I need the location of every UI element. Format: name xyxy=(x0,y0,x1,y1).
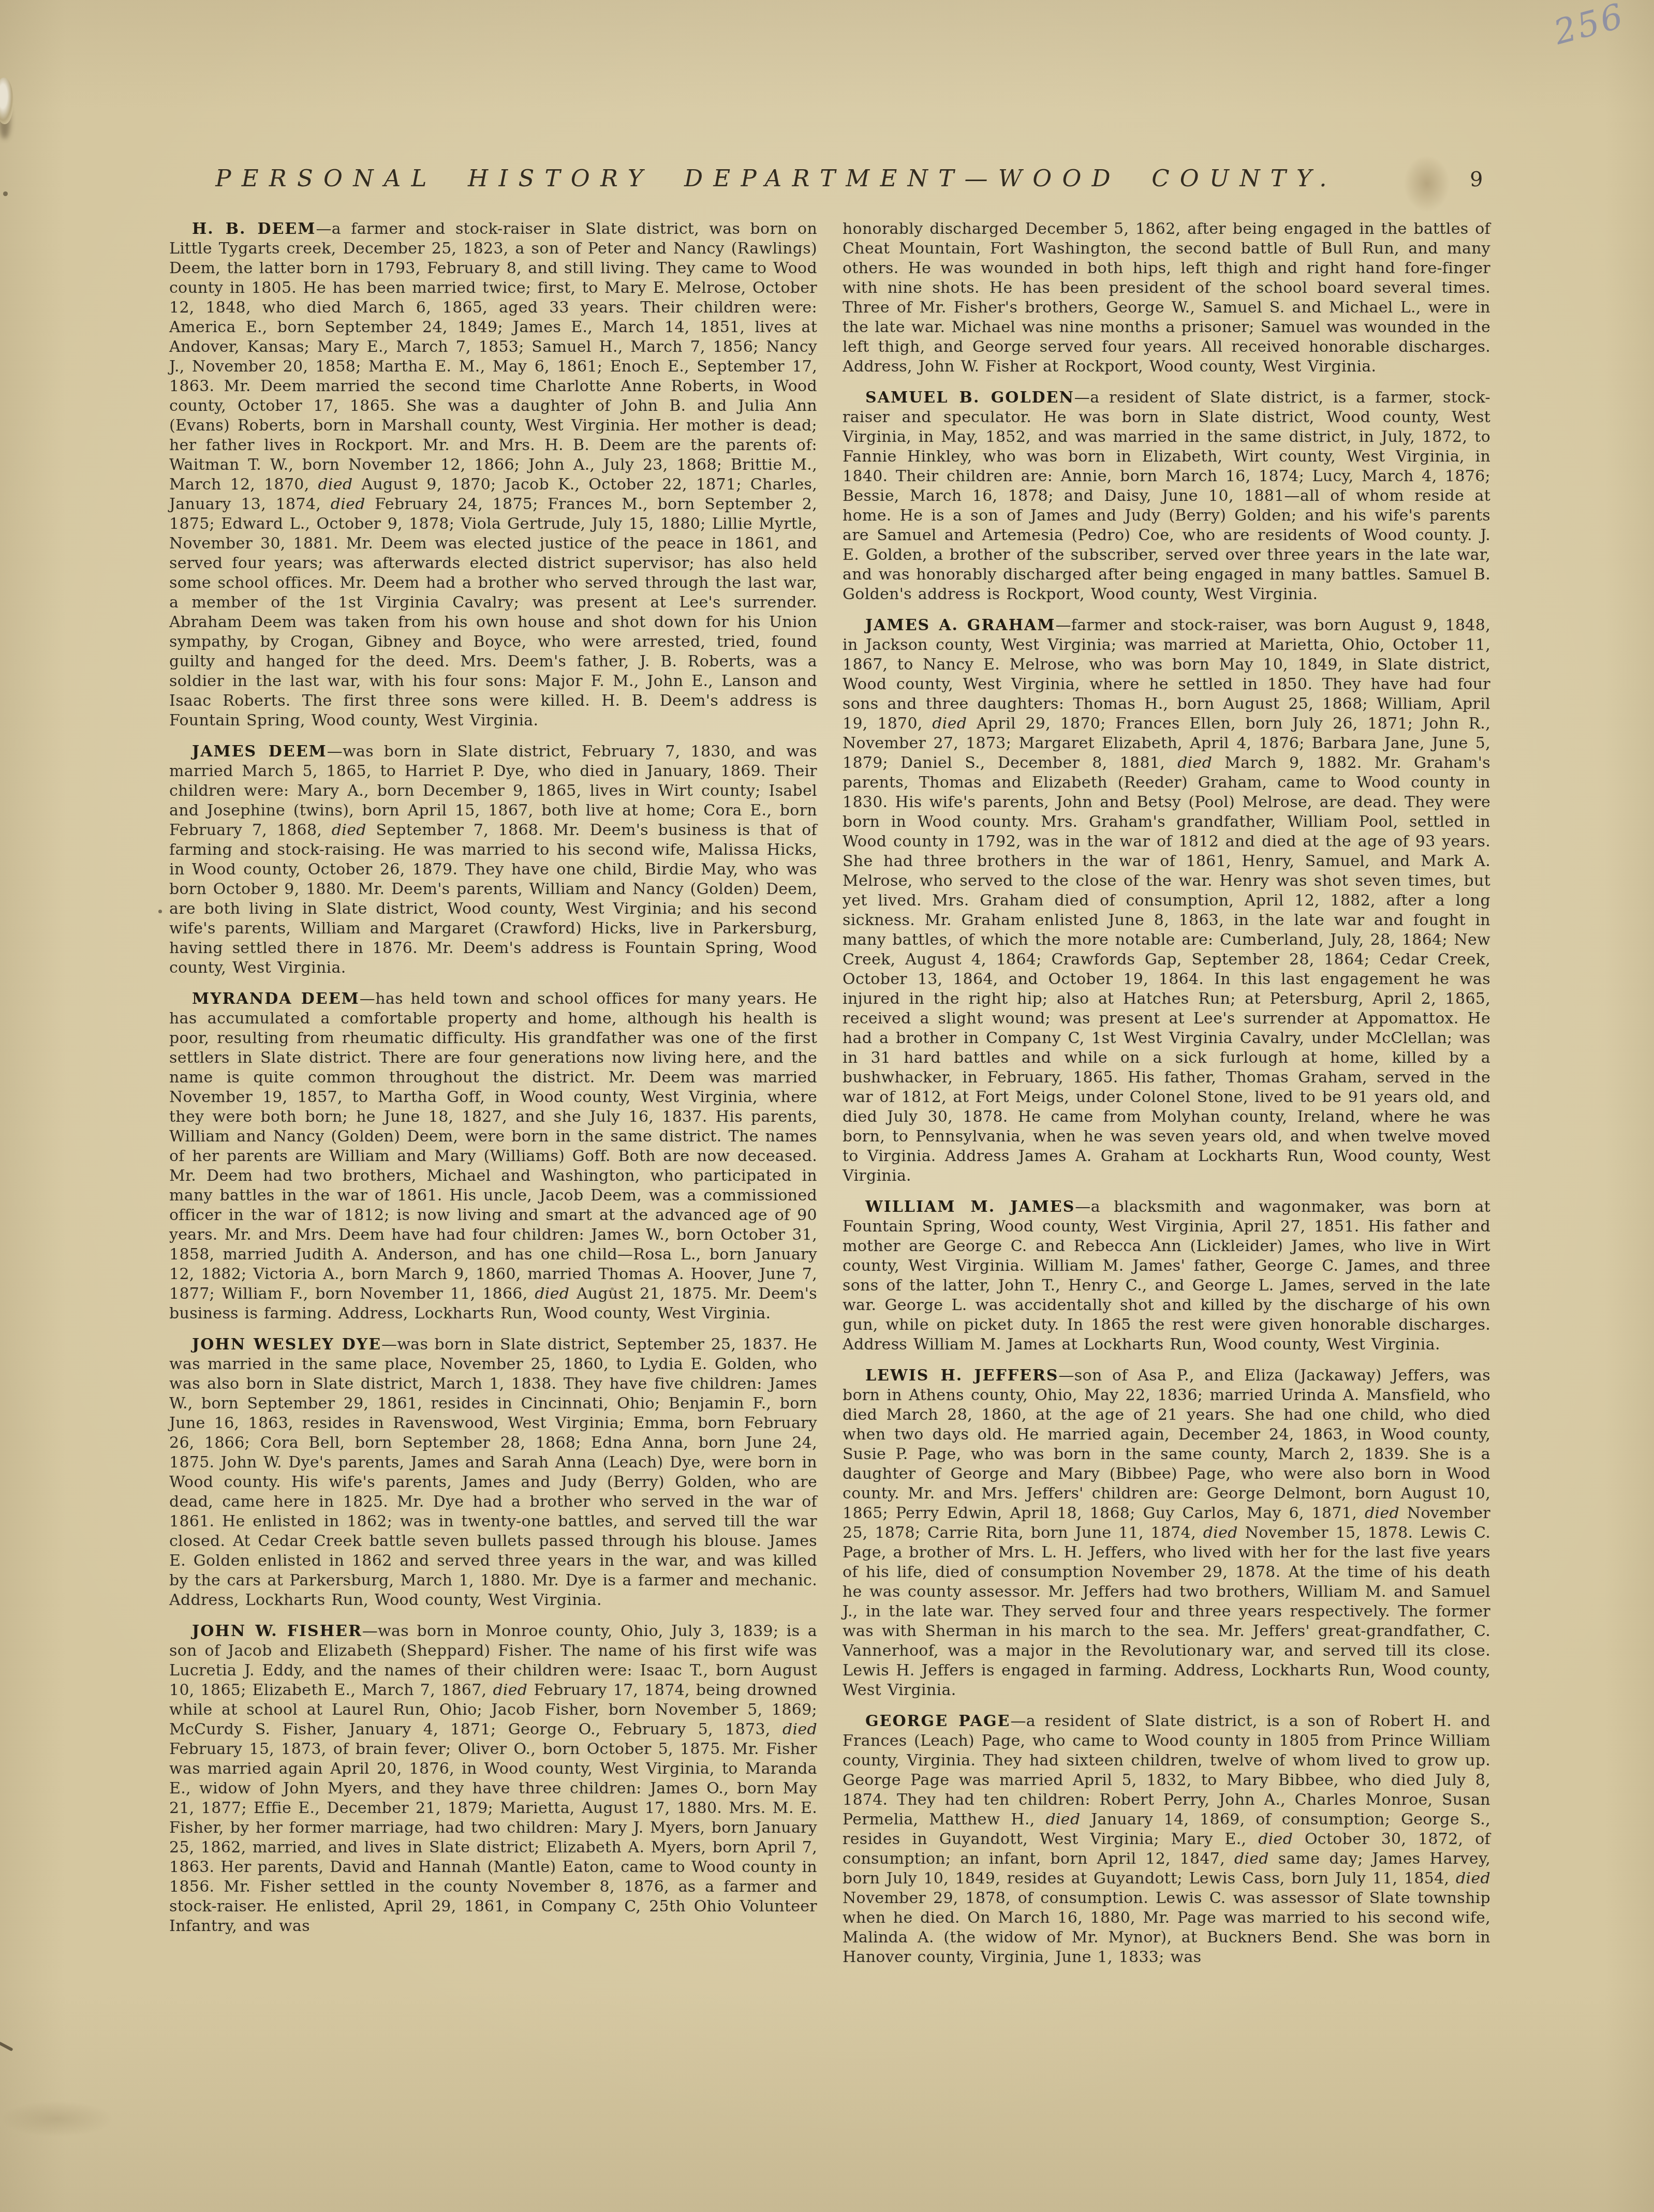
text-column-right: honorably discharged December 5, 1862, a… xyxy=(843,219,1490,1979)
biography-entry: MYRANDA DEEM—has held town and school of… xyxy=(169,989,817,1324)
biography-entry: LEWIS H. JEFFERS—son of Asa P., and Eliz… xyxy=(843,1366,1490,1700)
biography-entry: GEORGE PAGE—a resident of Slate district… xyxy=(843,1712,1490,1967)
entry-text: —a blacksmith and wagonmaker, was born a… xyxy=(843,1198,1490,1354)
entry-text: —has held town and school offices for ma… xyxy=(169,990,817,1323)
entry-text: —a resident of Slate district, is a son … xyxy=(843,1712,1490,1966)
biography-entry: JOHN W. FISHER—was born in Monroe county… xyxy=(169,1622,817,1936)
entry-name: JAMES A. GRAHAM xyxy=(865,616,1055,634)
entry-text: —farmer and stock-raiser, was born Augus… xyxy=(843,616,1490,1185)
entry-text: —was born in Monroe county, Ohio, July 3… xyxy=(169,1622,817,1935)
entry-name: LEWIS H. JEFFERS xyxy=(865,1367,1059,1385)
text-column-left: H. B. DEEM—a farmer and stock-raiser in … xyxy=(169,219,817,1948)
biography-entry: JOHN WESLEY DYE—was born in Slate distri… xyxy=(169,1335,817,1610)
entry-text: —son of Asa P., and Eliza (Jackaway) Jef… xyxy=(843,1367,1490,1699)
paper-flaw-mark xyxy=(0,78,13,124)
entry-name: JOHN WESLEY DYE xyxy=(192,1335,381,1354)
pencil-page-note: 256 xyxy=(1549,0,1629,53)
paper-smudge xyxy=(0,2101,114,2137)
entry-text: —was born in Slate district, September 2… xyxy=(169,1335,817,1609)
biography-entry: SAMUEL B. GOLDEN—a resident of Slate dis… xyxy=(843,388,1490,604)
margin-mark xyxy=(158,910,162,913)
entry-name: MYRANDA DEEM xyxy=(192,990,360,1008)
running-head-title: PERSONAL HISTORY DEPARTMENT—WOOD COUNTY. xyxy=(207,165,1346,192)
paper-stain xyxy=(1404,155,1450,212)
entry-name: JOHN W. FISHER xyxy=(192,1622,362,1640)
margin-mark xyxy=(3,191,8,196)
entry-text: —a resident of Slate district, is a farm… xyxy=(843,389,1490,603)
entry-text: honorably discharged December 5, 1862, a… xyxy=(843,220,1490,376)
biography-entry: WILLIAM M. JAMES—a blacksmith and wagonm… xyxy=(843,1197,1490,1355)
margin-mark xyxy=(0,2041,13,2051)
biography-entry: JAMES DEEM—was born in Slate district, F… xyxy=(169,742,817,978)
entry-name: WILLIAM M. JAMES xyxy=(865,1198,1075,1216)
entry-text: —a farmer and stock-raiser in Slate dist… xyxy=(169,220,817,730)
biography-entry: H. B. DEEM—a farmer and stock-raiser in … xyxy=(169,219,817,731)
biography-entry: JAMES A. GRAHAM—farmer and stock-raiser,… xyxy=(843,616,1490,1186)
page-number: 9 xyxy=(1470,168,1483,191)
entry-name: SAMUEL B. GOLDEN xyxy=(865,389,1074,407)
biography-entry: honorably discharged December 5, 1862, a… xyxy=(843,219,1490,377)
entry-name: JAMES DEEM xyxy=(192,743,327,761)
entry-name: H. B. DEEM xyxy=(192,220,316,238)
scanned-book-page: 256 PERSONAL HISTORY DEPARTMENT—WOOD COU… xyxy=(0,0,1654,2212)
entry-name: GEORGE PAGE xyxy=(865,1712,1010,1730)
entry-text: —was born in Slate district, February 7,… xyxy=(169,743,817,977)
